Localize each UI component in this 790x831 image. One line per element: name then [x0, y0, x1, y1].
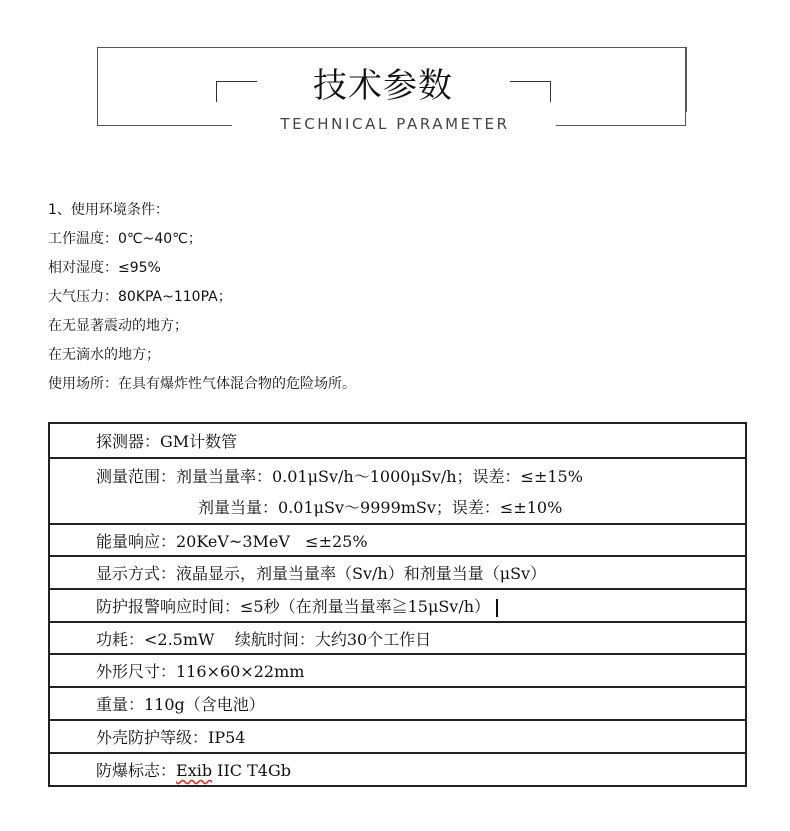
environment-conditions: 1、使用环境条件： 工作温度：0℃~40℃； 相对湿度：≤95% 大气压力：80… [48, 196, 356, 399]
spec-row-protection: 外壳防护等级：IP54 [50, 719, 745, 752]
page-subtitle: TECHNICAL PARAMETER [240, 115, 550, 133]
page-title: 技术参数 [260, 58, 506, 107]
bracket-right-decoration [510, 81, 551, 102]
spec-text: 外壳防护等级：IP54 [96, 725, 745, 748]
spec-row-weight: 重量：110g（含电池） [50, 686, 745, 719]
condition-item: 使用场所：在具有爆炸性气体混合物的危险场所。 [48, 370, 356, 399]
condition-item: 相对湿度：≤95% [48, 254, 356, 283]
condition-item: 在无显著震动的地方； [48, 312, 356, 341]
spec-row-power: 功耗：<2.5mW 续航时间：大约30个工作日 [50, 621, 745, 653]
spec-table: 探测器：GM计数管 测量范围：剂量当量率：0.01μSv/h～1000μSv/h… [48, 422, 747, 787]
spec-label: 防爆标志： [96, 761, 176, 780]
condition-item: 在无滴水的地方； [48, 341, 356, 370]
spec-text: 外形尺寸：116×60×22mm [96, 659, 745, 682]
spec-row-alarm: 防护报警响应时间：≤5秒（在剂量当量率≧15μSv/h） [50, 588, 745, 621]
spec-text: 探测器：GM计数管 [96, 429, 745, 452]
spec-text: 测量范围：剂量当量率：0.01μSv/h～1000μSv/h；误差：≤±15% [96, 464, 745, 487]
spec-text: IIC T4Gb [212, 761, 291, 780]
spec-row-explosion-mark: 防爆标志：Exib IIC T4Gb [50, 752, 745, 785]
text-cursor [496, 599, 498, 617]
spec-row-energy: 能量响应：20KeV~3MeV ≤±25% [50, 523, 745, 555]
spec-subtext: 剂量当量：0.01μSv～9999mSv；误差：≤±10% [96, 495, 745, 518]
spec-row-detector: 探测器：GM计数管 [50, 424, 745, 457]
spec-text: 显示方式：液晶显示，剂量当量率（Sv/h）和剂量当量（μSv） [96, 561, 745, 584]
spec-row-range: 测量范围：剂量当量率：0.01μSv/h～1000μSv/h；误差：≤±15% … [50, 457, 745, 523]
spec-text: 能量响应：20KeV~3MeV ≤±25% [96, 529, 745, 552]
spec-text: 重量：110g（含电池） [96, 692, 745, 715]
conditions-heading: 1、使用环境条件： [48, 196, 356, 225]
bracket-left-decoration [216, 81, 257, 102]
spec-row-dimensions: 外形尺寸：116×60×22mm [50, 653, 745, 686]
spec-row-display: 显示方式：液晶显示，剂量当量率（Sv/h）和剂量当量（μSv） [50, 555, 745, 588]
spec-text: 功耗：<2.5mW 续航时间：大约30个工作日 [96, 627, 745, 650]
banner-rule-left [97, 125, 232, 126]
condition-item: 大气压力：80KPA~110PA； [48, 283, 356, 312]
condition-item: 工作温度：0℃~40℃； [48, 225, 356, 254]
spellcheck-marked-text: Exib [176, 761, 212, 780]
banner-rule-right [556, 125, 686, 126]
spec-text: 防护报警响应时间：≤5秒（在剂量当量率≧15μSv/h） [96, 597, 490, 616]
